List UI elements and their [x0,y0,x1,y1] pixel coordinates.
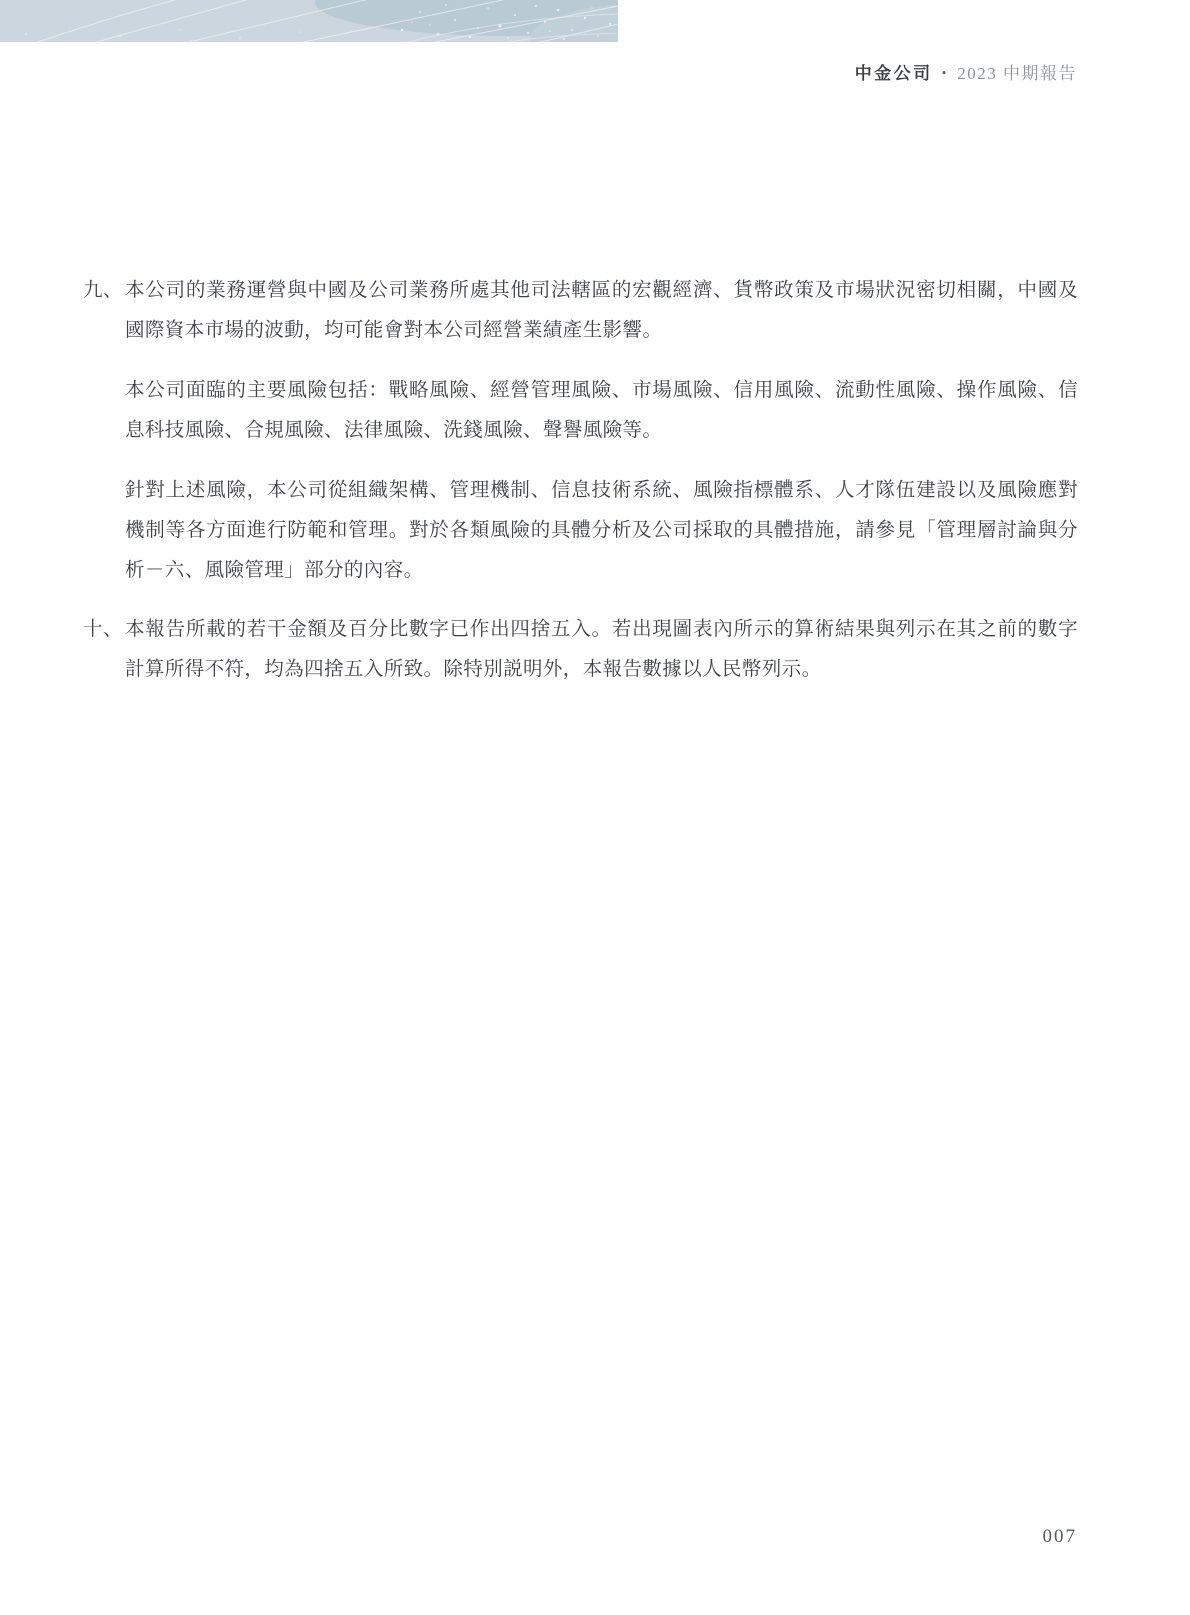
paragraph-risk-management: 針對上述風險，本公司從組織架構、管理機制、信息技術系統、風險指標體系、人才隊伍建… [125,470,1078,590]
item-number-nine: 九、 [83,270,125,310]
banner-pattern-graphic [0,0,618,42]
page-header: 中金公司•2023 中期報告 [855,60,1077,87]
item-number-ten: 十、 [83,609,125,649]
report-title: 2023 中期報告 [957,64,1077,83]
page-number: 007 [1043,1526,1078,1548]
company-name: 中金公司 [855,64,933,83]
decorative-banner [0,0,618,42]
list-item-ten: 十、 本報告所載的若干金額及百分比數字已作出四捨五入。若出現圖表內所示的算術結果… [83,609,1078,689]
paragraph-risk-types: 本公司面臨的主要風險包括：戰略風險、經營管理風險、市場風險、信用風險、流動性風險… [125,370,1078,450]
paragraph-risk-overview: 本公司的業務運營與中國及公司業務所處其他司法轄區的宏觀經濟、貨幣政策及市場狀況密… [125,270,1078,350]
document-body: 九、 本公司的業務運營與中國及公司業務所處其他司法轄區的宏觀經濟、貨幣政策及市場… [83,270,1078,689]
report-page: 中金公司•2023 中期報告 九、 本公司的業務運營與中國及公司業務所處其他司法… [0,0,1190,1615]
bullet-separator-icon: • [942,65,947,80]
paragraph-rounding-note: 本報告所載的若干金額及百分比數字已作出四捨五入。若出現圖表內所示的算術結果與列示… [125,609,1078,689]
list-item-nine: 九、 本公司的業務運營與中國及公司業務所處其他司法轄區的宏觀經濟、貨幣政策及市場… [83,270,1078,590]
